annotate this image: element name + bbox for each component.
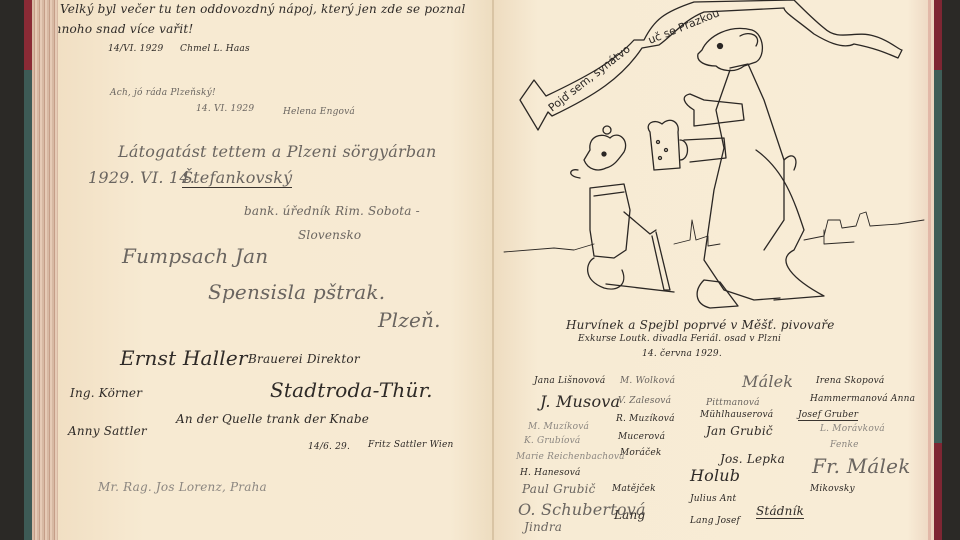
guest-signature: K. Grubíová [524,436,580,446]
entry-signature: Ernst Haller [120,346,248,370]
left-page: Velký byl večer tu ten oddovozdný nápoj,… [58,0,494,540]
entry-signature: Fumpsach Jan [122,244,268,268]
guest-signature: Fr. Málek [812,454,911,478]
guest-signature: Hammermanová Anna [810,394,915,404]
guest-signature: Moráček [620,448,662,458]
entry-line: Plzeň. [378,308,441,332]
entry-signature: Fritz Sattler Wien [368,440,453,450]
entry-line: Stadtroda-Thür. [270,378,433,402]
book-cover-left [0,0,26,540]
city-skyline [504,212,924,252]
svg-text:Pojď sem, synátvo: Pojď sem, synátvo [546,42,633,114]
binding-band-left [24,0,32,540]
guest-signature: Jan Grubič [706,424,773,438]
guest-signature: Josef Gruber [798,410,858,421]
guest-signature: Pittmanová [706,398,760,408]
entry-signature: Štefankovský [182,168,292,188]
entry-line: bank. úředník Rim. Sobota - [244,204,420,218]
guest-signature: Irena Skopová [816,376,884,386]
guest-signature: J. Musova [540,392,620,411]
guest-signature: Mikovsky [810,484,855,494]
stacked-page-edges [32,0,58,540]
entry-line: Ach, jó ráda Plzeňský! [110,88,216,98]
entry-line: Slovensko [298,228,361,242]
entry-signature: Mr. Rag. Jos Lorenz, Praha [98,480,267,494]
entry-line: Velký byl večer tu ten oddovozdný nápoj,… [60,2,465,16]
guest-signature: L. Morávková [820,424,885,434]
guest-signature: Lang Josef [690,516,740,526]
beer-mug [648,120,687,170]
hurvinek-spejbl-drawing: Pojď sem, synátvo uč se Prazkou [494,0,934,320]
entry-date: 14/6. 29. [308,442,350,452]
guest-signature: Jana Lišnovová [534,376,605,386]
entry-line: Brauerei Direktor [248,352,360,366]
entry-signature: Chmel L. Haas [180,44,250,54]
guest-signature: Lang [614,508,645,522]
entry-date: 14. VI. 1929 [196,104,254,114]
entry-line: An der Quelle trank der Knabe [176,412,369,426]
entry-date: 1929. VI. 14. [88,168,195,187]
hurvinek-figure [571,126,674,292]
guest-signature: M. Muzíková [528,422,589,432]
guest-signature: Marie Reichenbachová [516,452,625,462]
guest-signature: H. Hanesová [520,468,581,478]
guest-signature: Fenke [830,440,859,450]
caption-line: Exkurse Loutk. divadla Feriál. osad v Pl… [578,334,781,344]
guest-signature: Jindra [524,520,562,534]
right-page: Pojď sem, synátvo uč se Prazkou [494,0,934,540]
guest-signature: Matějček [612,484,656,494]
entry-signature: Anny Sattler [68,424,147,438]
guest-signature: Málek [742,372,793,391]
banner-ribbon: Pojď sem, synátvo uč se Prazkou [520,0,902,130]
entry-signature: Helena Engová [283,107,355,117]
right-page-edge [928,0,931,540]
caption-line: Hurvínek a Spejbl poprvé v Měšť. pivovař… [566,318,835,332]
guest-signature: Jos. Lepka [720,452,785,466]
spejbl-figure [684,28,824,300]
entry-line: Látogatást tettem a Plzeni sörgyárban [118,142,437,161]
guest-signature: Mühlhauserová [700,410,773,420]
entry-date: 14/VI. 1929 [108,44,163,54]
entry-line: mnoho snad více vařit! [58,22,193,36]
caption-date: 14. června 1929. [642,349,722,359]
book-cover-right [942,0,960,540]
guest-signature: M. Wolková [620,376,675,386]
guest-signature: R. Muzíková [616,414,675,424]
guest-signature: Stádník [756,504,804,519]
entry-line: Spensisla pštrak. [208,280,385,304]
guest-signature: Holub [690,466,740,485]
guest-signature: Julius Ant [690,494,736,504]
entry-signature: Ing. Körner [70,386,142,400]
guest-signature: V. Zalesová [618,396,671,406]
svg-text:uč se Prazkou: uč se Prazkou [646,6,721,46]
binding-band-right [934,0,942,540]
guest-signature: Paul Grubič [522,482,596,496]
guest-signature: Mucerová [618,432,665,442]
